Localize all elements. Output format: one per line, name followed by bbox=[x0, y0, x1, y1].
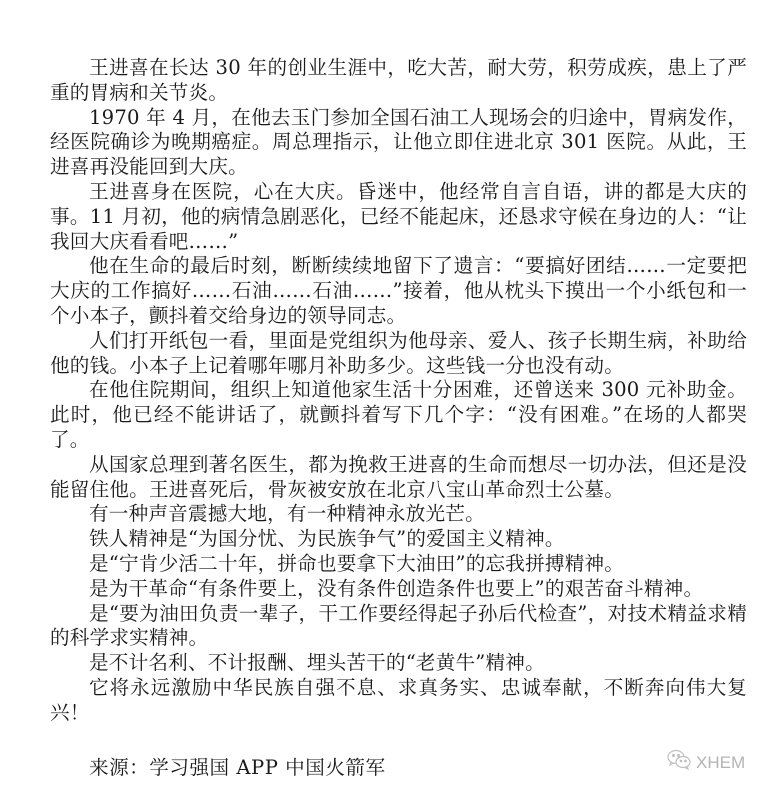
paragraph: 它将永远激励中华民族自强不息、求真务实、忠诚奉献，不断奔向伟大复兴！ bbox=[50, 676, 747, 726]
source-credit: 来源：学习强国 APP 中国火箭军 bbox=[50, 756, 747, 781]
paragraph: 1970 年 4 月，在他去玉门参加全国石油工人现场会的归途中，胃病发作，经医院… bbox=[50, 106, 747, 180]
watermark-label: XHEM bbox=[696, 753, 745, 773]
paragraph: 是“宁肯少活二十年，拼命也要拿下大油田”的忘我拼搏精神。 bbox=[50, 552, 747, 577]
article-body: 王进喜在长达 30 年的创业生涯中，吃大苦，耐大劳，积劳成疾，患上了严重的胃病和… bbox=[50, 56, 747, 780]
paragraph: 是“要为油田负责一辈子，干工作要经得起子孙后代检查”，对技术精益求精的科学求实精… bbox=[50, 602, 747, 652]
wechat-icon bbox=[666, 749, 692, 776]
paragraph: 从国家总理到著名医生，都为挽救王进喜的生命而想尽一切办法，但还是没能留住他。王进… bbox=[50, 453, 747, 503]
paragraph: 有一种声音震撼大地，有一种精神永放光芒。 bbox=[50, 502, 747, 527]
paragraph: 铁人精神是“为国分忧、为民族争气”的爱国主义精神。 bbox=[50, 527, 747, 552]
paragraph: 在他住院期间，组织上知道他家生活十分困难，还曾送来 300 元补助金。此时，他已… bbox=[50, 378, 747, 452]
paragraph: 王进喜身在医院，心在大庆。昏迷中，他经常自言自语，讲的都是大庆的事。11 月初，… bbox=[50, 180, 747, 254]
paragraph: 是为干革命“有条件要上，没有条件创造条件也要上”的艰苦奋斗精神。 bbox=[50, 577, 747, 602]
paragraph: 他在生命的最后时刻，断断续续地留下了遗言：“要搞好团结……一定要把大庆的工作搞好… bbox=[50, 254, 747, 328]
paragraph: 是不计名利、不计报酬、埋头苦干的“老黄牛”精神。 bbox=[50, 651, 747, 676]
paragraph: 人们打开纸包一看，里面是党组织为他母亲、爱人、孩子长期生病，补助给他的钱。小本子… bbox=[50, 329, 747, 379]
paragraph: 王进喜在长达 30 年的创业生涯中，吃大苦，耐大劳，积劳成疾，患上了严重的胃病和… bbox=[50, 56, 747, 106]
watermark: XHEM bbox=[666, 749, 745, 776]
